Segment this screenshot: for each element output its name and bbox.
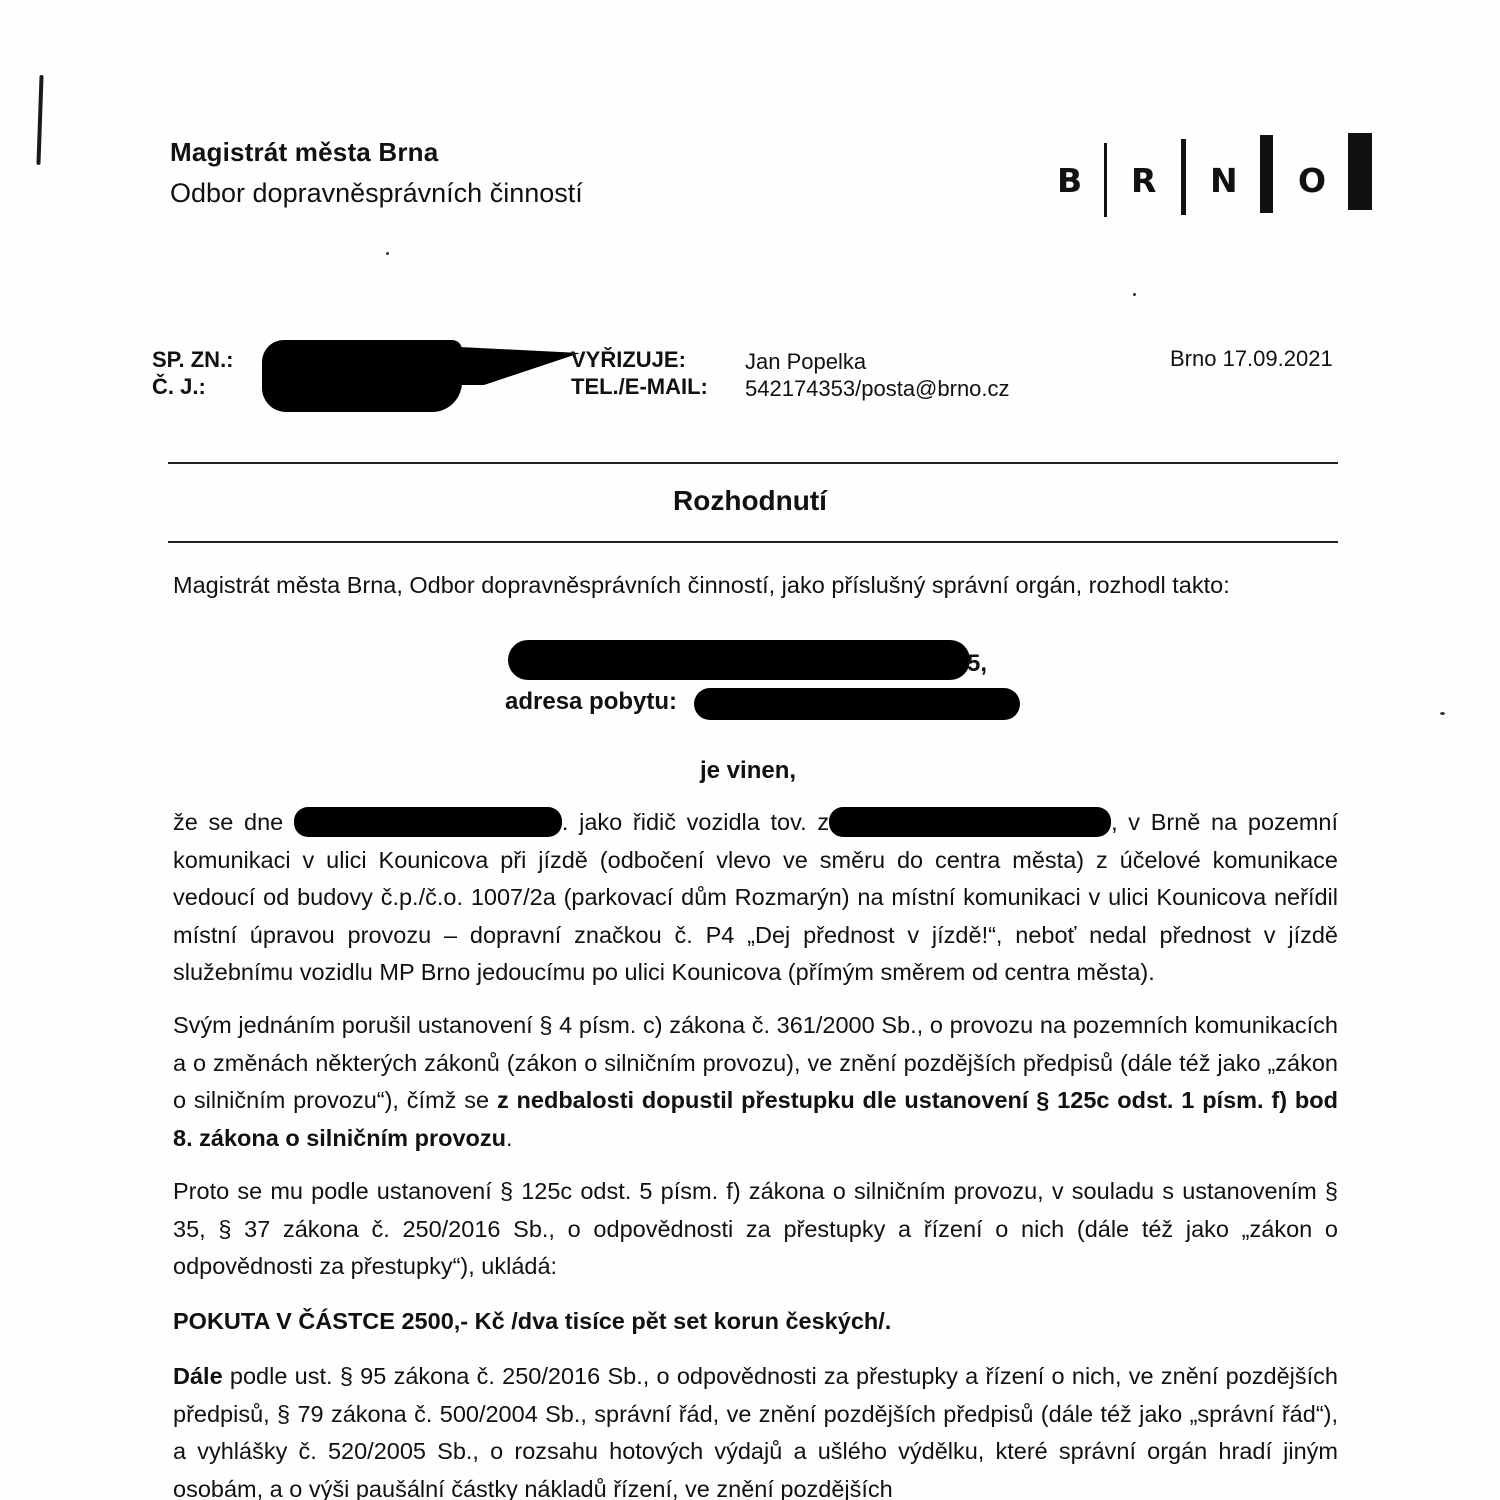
handler-label: VYŘIZUJE:: [571, 346, 686, 374]
penalty-basis-paragraph: Proto se mu podle ustanovení § 125c odst…: [173, 1173, 1338, 1286]
costs-lead: Dále: [173, 1363, 223, 1389]
penalty-amount: POKUTA V ČÁSTCE 2500,- Kč /dva tisíce pě…: [173, 1303, 1338, 1341]
document-page: Magistrát města Brna Odbor dopravněspráv…: [0, 0, 1500, 1500]
logo-letter: R: [1131, 161, 1156, 200]
brno-logo-icon: B R N O: [1055, 133, 1385, 218]
title-rule-top: [168, 462, 1338, 464]
contact-label: TEL./E-MAIL:: [571, 373, 708, 401]
place-date: Brno 17.09.2021: [1170, 345, 1333, 373]
document-title: Rozhodnutí: [0, 485, 1500, 517]
binder-mark: [36, 75, 43, 165]
offence-text-1: že se dne: [173, 809, 294, 835]
person-line-suffix: 5,: [967, 650, 987, 678]
redaction-date: [294, 807, 562, 837]
costs-paragraph: Dále podle ust. § 95 zákona č. 250/2016 …: [173, 1358, 1338, 1500]
contact-value: 542174353/posta@brno.cz: [745, 375, 1010, 403]
offence-paragraph: že se dne . jako řidič vozidla tov. z, v…: [173, 804, 1338, 992]
reference-number-label: Č. J.:: [152, 373, 206, 401]
file-number-label: SP. ZN.:: [152, 346, 234, 374]
handler-name: Jan Popelka: [745, 348, 866, 376]
redaction-person: [508, 640, 970, 680]
title-rule-bottom: [168, 541, 1338, 543]
costs-text: podle ust. § 95 zákona č. 250/2016 Sb., …: [173, 1363, 1338, 1500]
scan-speck: [386, 252, 389, 255]
redaction-address: [694, 688, 1020, 720]
logo-letter: N: [1210, 161, 1238, 200]
intro-text: Magistrát města Brna, Odbor dopravněsprá…: [173, 567, 1338, 605]
violation-paragraph: Svým jednáním porušil ustanovení § 4 pís…: [173, 1007, 1338, 1157]
address-label: adresa pobytu:: [505, 688, 677, 716]
offence-text-2: . jako řidič vozidla tov. z: [562, 809, 829, 835]
redaction: [420, 345, 580, 385]
org-department: Odbor dopravněsprávních činností: [170, 178, 583, 209]
scan-speck: [1133, 293, 1136, 296]
redaction-plate: [829, 807, 1111, 837]
verdict: je vinen,: [700, 757, 796, 785]
org-name: Magistrát města Brna: [170, 137, 438, 168]
logo-letter: O: [1298, 161, 1326, 200]
scan-speck: [1440, 712, 1445, 715]
logo-letter: B: [1057, 161, 1082, 200]
